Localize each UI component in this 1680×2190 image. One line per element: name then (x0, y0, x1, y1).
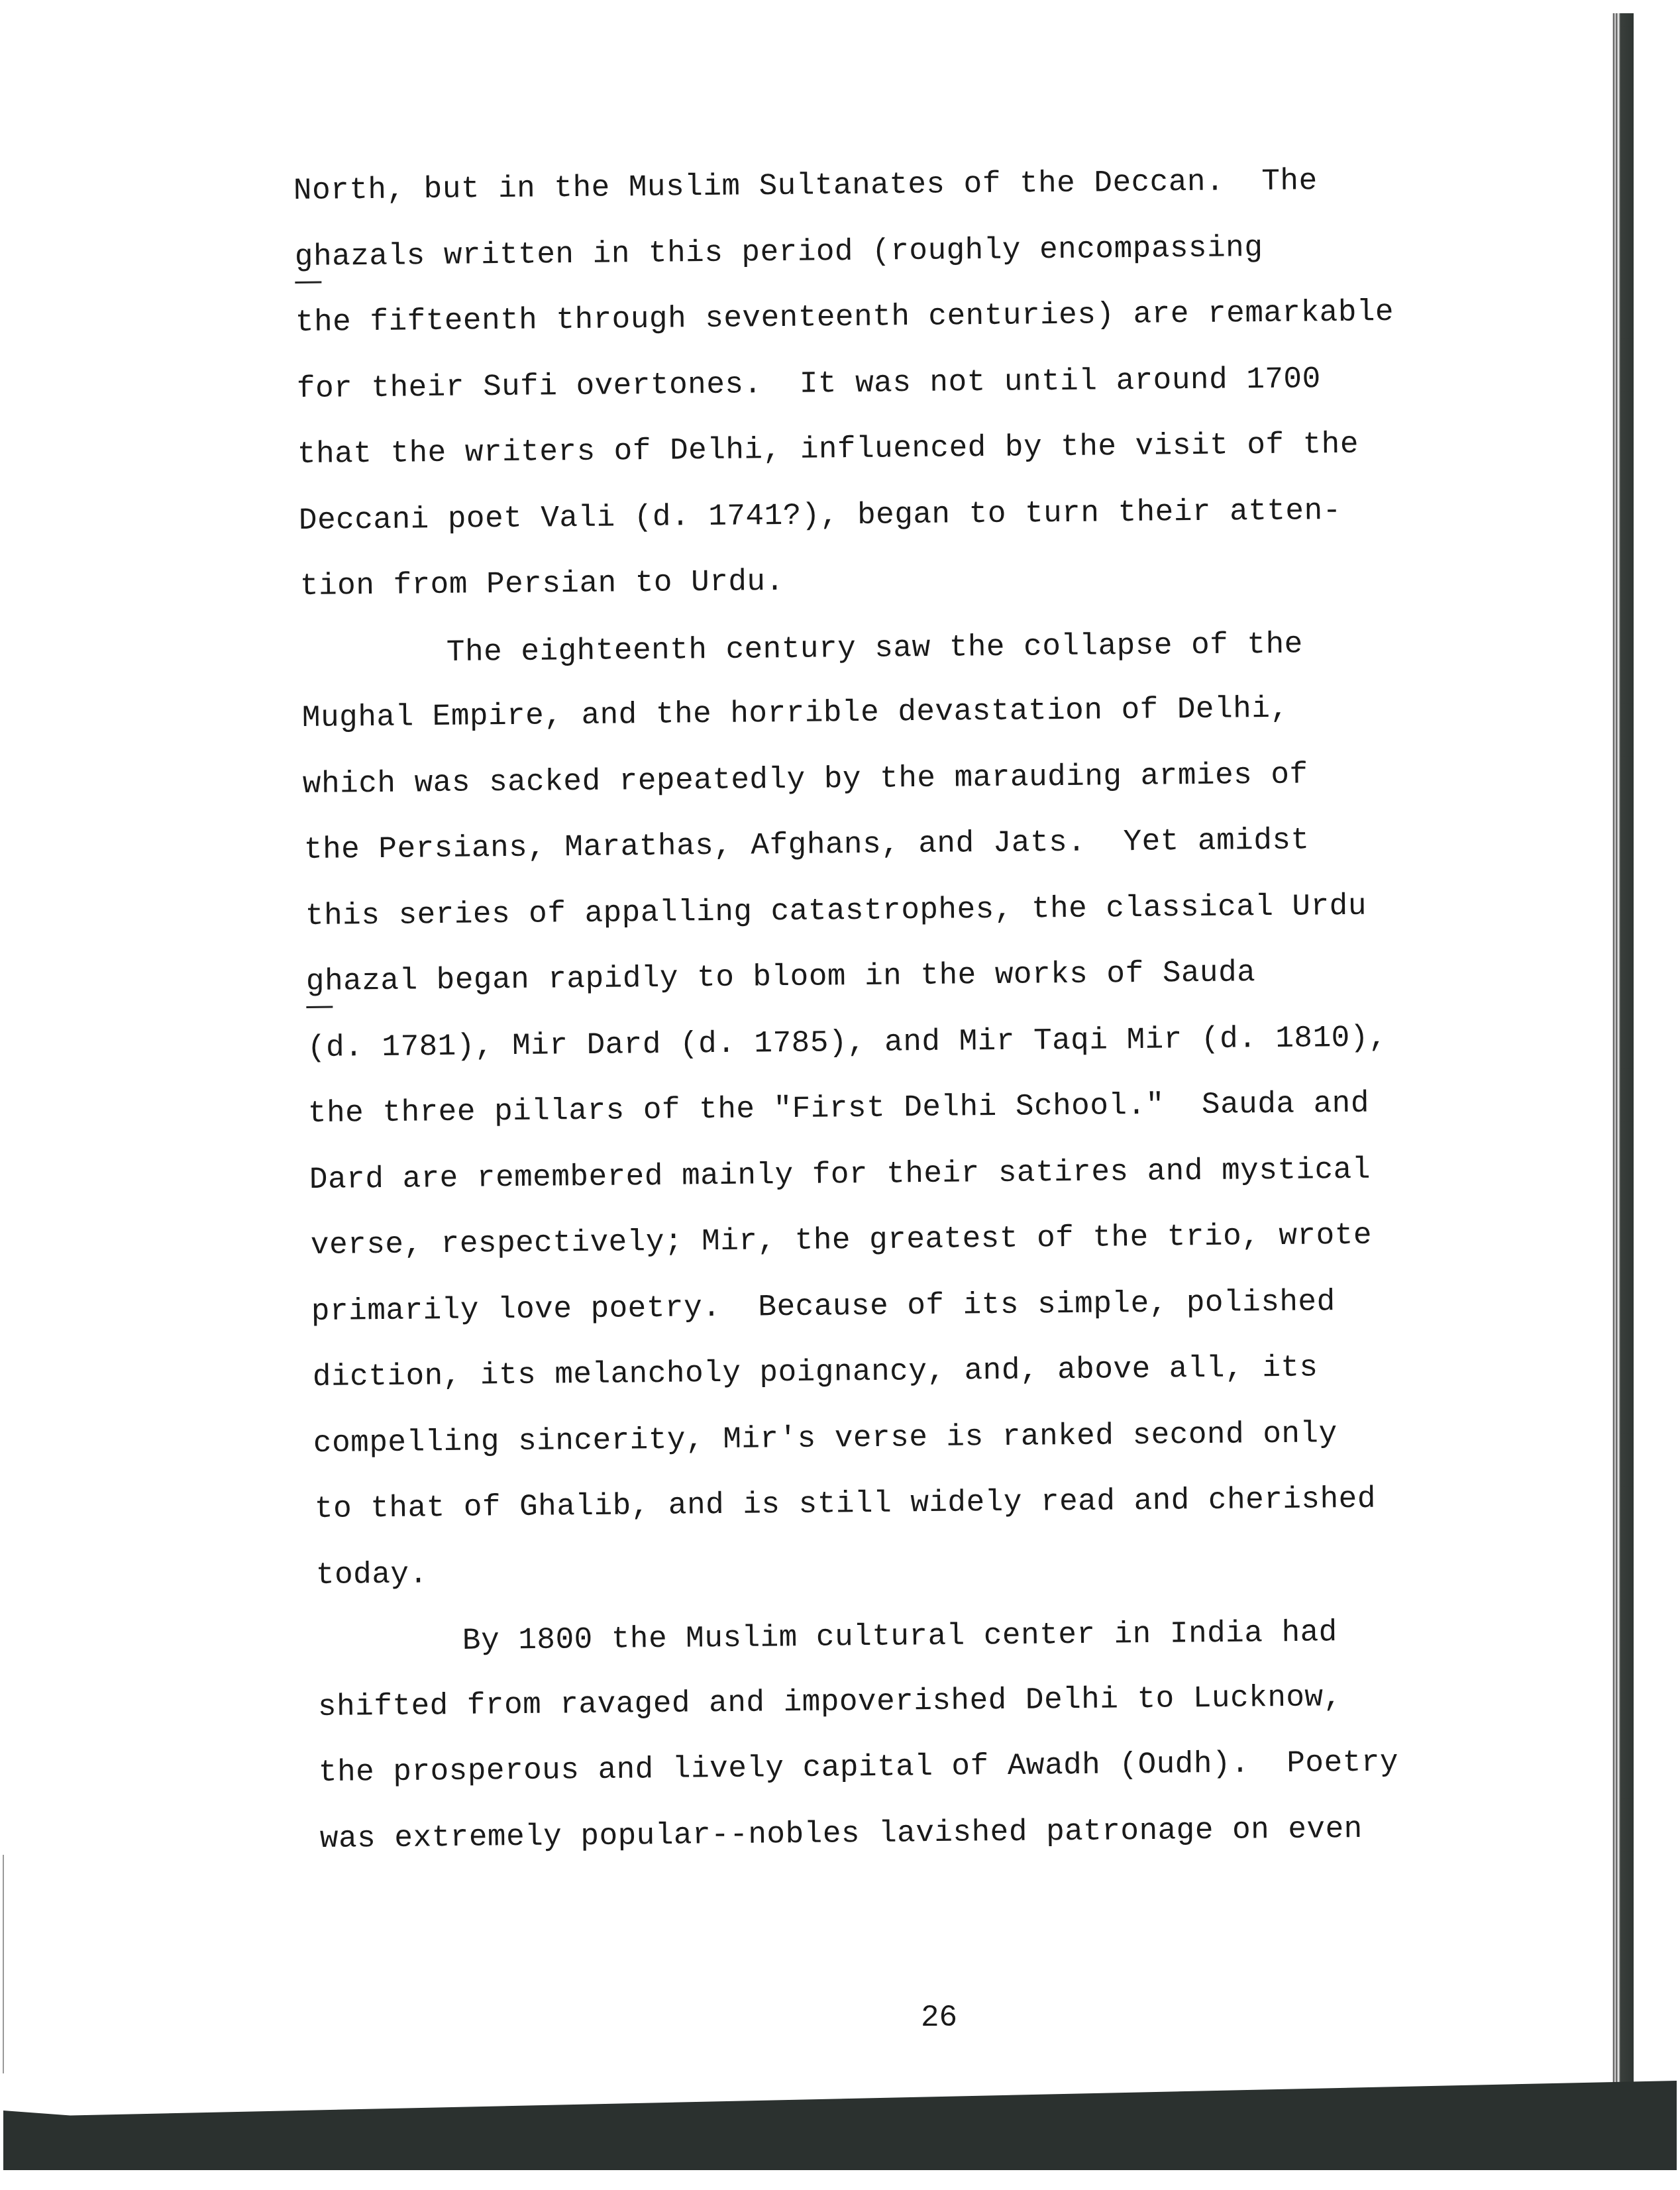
text-line: By 1800 the Muslim cultural center in In… (462, 1615, 1338, 1658)
scan-edge-shadow-right (1612, 13, 1634, 2093)
text-line: Dard are remembered mainly for their sat… (309, 1152, 1371, 1196)
text-line: diction, its melancholy poignancy, and, … (313, 1350, 1318, 1394)
text-line: today. (315, 1557, 427, 1592)
text-line: North, but in the Muslim Sultanates of t… (293, 164, 1318, 208)
text-line: the Persians, Marathas, Afghans, and Jat… (304, 823, 1310, 867)
text-line: ghazals written in this period (roughly … (294, 230, 1263, 274)
text-line: the three pillars of the "First Delhi Sc… (308, 1086, 1369, 1131)
underlined-term: ghazal (306, 963, 418, 999)
text-line: (d. 1781), Mir Dard (d. 1785), and Mir T… (307, 1020, 1387, 1065)
text-line: Deccani poet Vali (d. 1741?), began to t… (299, 493, 1341, 537)
text-line: The eighteenth century saw the collapse … (446, 627, 1303, 669)
page-number: 26 (921, 2001, 957, 2035)
text-line: for their Sufi overtones. It was not unt… (297, 362, 1321, 406)
text-line: primarily love poetry. Because of its si… (311, 1284, 1336, 1329)
scanned-page: North, but in the Muslim Sultanates of t… (0, 0, 1680, 2190)
text-line: shifted from ravaged and impoverished De… (318, 1680, 1342, 1724)
text-line: tion from Persian to Urdu. (299, 564, 784, 603)
text-line: which was sacked repeatedly by the marau… (303, 757, 1308, 802)
text-line: Mughal Empire, and the horrible devastat… (302, 692, 1289, 735)
scan-edge-left (3, 1855, 4, 2073)
text-line: compelling sincerity, Mir's verse is ran… (313, 1416, 1338, 1461)
underlined-term: ghazal (294, 238, 406, 274)
text-line: was extremely popular--nobles lavished p… (320, 1811, 1363, 1855)
text-line: ghazal began rapidly to bloom in the wor… (306, 955, 1256, 999)
scan-edge-shadow-bottom (3, 2071, 1677, 2170)
text-line: the prosperous and lively capital of Awa… (319, 1745, 1398, 1790)
text-line: to that of Ghalib, and is still widely r… (315, 1482, 1376, 1526)
text-line: that the writers of Delhi, influenced by… (297, 427, 1359, 472)
text-line: the fifteenth through seventeenth centur… (295, 295, 1394, 340)
text-line: verse, respectively; Mir, the greatest o… (310, 1218, 1371, 1263)
text-line: this series of appalling catastrophes, t… (305, 888, 1366, 933)
